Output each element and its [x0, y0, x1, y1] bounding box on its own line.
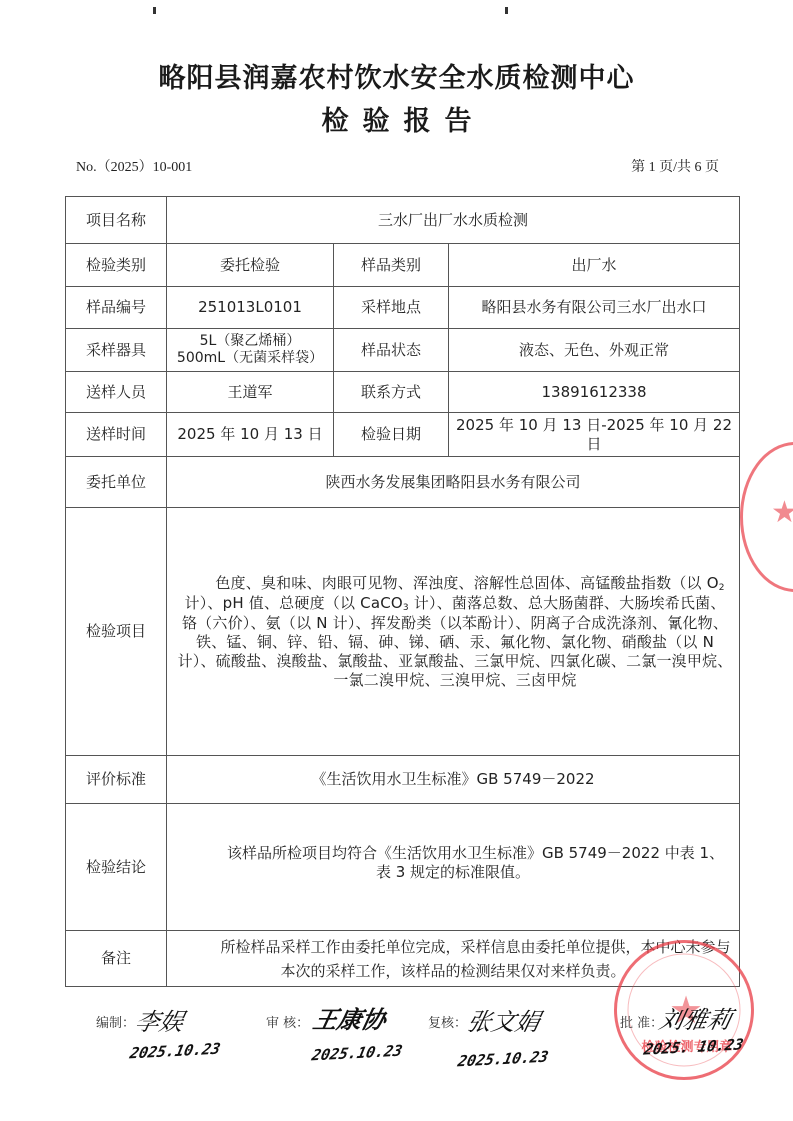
label-conclusion: 检验结论: [66, 804, 167, 931]
label-send-time: 送样时间: [66, 413, 167, 457]
items-text-2: 计）、pH 值、总硬度（以 CaCO: [185, 594, 403, 612]
value-sampling-site: 略阳县水务有限公司三水厂出水口: [449, 287, 740, 329]
label-sample-type: 样品类别: [334, 244, 449, 287]
table-row: 评价标准 《生活饮用水卫生标准》GB 5749－2022: [66, 756, 740, 804]
rechecker-signature: 张文娟: [464, 1002, 543, 1037]
value-project-name: 三水厂出厂水水质检测: [167, 197, 740, 244]
label-sample-no: 样品编号: [66, 287, 167, 329]
value-inspection-type: 委托检验: [167, 244, 334, 287]
label-sample-state: 样品状态: [334, 329, 449, 372]
value-sample-no: 251013L0101: [167, 287, 334, 329]
page-info: 第 1 页/共 6 页: [631, 156, 719, 176]
document-title: 检验报告: [0, 99, 793, 138]
table-row: 委托单位 陕西水务发展集团略阳县水务有限公司: [66, 457, 740, 508]
seal-stamp-partial: ★: [740, 442, 793, 592]
table-row: 样品编号 251013L0101 采样地点 略阳县水务有限公司三水厂出水口: [66, 287, 740, 329]
compiler-signature: 李娱: [132, 1002, 187, 1037]
table-row: 检验类别 委托检验 样品类别 出厂水: [66, 244, 740, 287]
items-text-1: 色度、臭和味、肉眼可见物、浑浊度、溶解性总固体、高锰酸盐指数（以 O: [215, 574, 718, 592]
value-sample-type: 出厂水: [449, 244, 740, 287]
label-items: 检验项目: [66, 508, 167, 756]
label-contact: 联系方式: [334, 372, 449, 413]
value-standard: 《生活饮用水卫生标准》GB 5749－2022: [167, 756, 740, 804]
compiler-date: 2025.10.23: [128, 1040, 222, 1063]
rechecker-label: 复核：: [428, 1012, 467, 1031]
items-sub-1: 2: [719, 583, 725, 593]
scan-mark: [505, 7, 508, 14]
value-contact: 13891612338: [449, 372, 740, 413]
label-inspection-type: 检验类别: [66, 244, 167, 287]
organization-title: 略阳县润嘉农村饮水安全水质检测中心: [0, 56, 793, 95]
star-icon: ★: [771, 495, 793, 530]
value-inspection-date: 2025 年 10 月 13 日-2025 年 10 月 22 日: [449, 413, 740, 457]
value-client: 陕西水务发展集团略阳县水务有限公司: [167, 457, 740, 508]
value-conclusion: 该样品所检项目均符合《生活饮用水卫生标准》GB 5749－2022 中表 1、表…: [167, 804, 740, 931]
value-items: 色度、臭和味、肉眼可见物、浑浊度、溶解性总固体、高锰酸盐指数（以 O2 计）、p…: [167, 508, 740, 756]
report-table: 项目名称 三水厂出厂水水质检测 检验类别 委托检验 样品类别 出厂水 样品编号 …: [65, 196, 740, 987]
reviewer-date: 2025.10.23: [310, 1042, 404, 1065]
label-client: 委托单位: [66, 457, 167, 508]
value-sender: 王道军: [167, 372, 334, 413]
compiler-label: 编制：: [96, 1012, 135, 1031]
reviewer-signature: 王康协: [310, 1000, 389, 1035]
report-number: No.（2025）10-001: [76, 156, 192, 176]
rechecker-date: 2025.10.23: [456, 1048, 550, 1071]
label-project-name: 项目名称: [66, 197, 167, 244]
table-row: 采样器具 5L（聚乙烯桶） 500mL（无菌采样袋） 样品状态 液态、无色、外观…: [66, 329, 740, 372]
label-inspection-date: 检验日期: [334, 413, 449, 457]
sampling-tool-2: 500mL（无菌采样袋）: [167, 350, 333, 367]
table-row: 项目名称 三水厂出厂水水质检测: [66, 197, 740, 244]
table-row: 送样时间 2025 年 10 月 13 日 检验日期 2025 年 10 月 1…: [66, 413, 740, 457]
label-remarks: 备注: [66, 931, 167, 987]
label-sender: 送样人员: [66, 372, 167, 413]
label-sampling-site: 采样地点: [334, 287, 449, 329]
label-standard: 评价标准: [66, 756, 167, 804]
approver-signature: 刘雅莉: [656, 1000, 735, 1035]
table-row: 检验项目 色度、臭和味、肉眼可见物、浑浊度、溶解性总固体、高锰酸盐指数（以 O2…: [66, 508, 740, 756]
reviewer-label: 审 核：: [266, 1012, 309, 1031]
label-sampling-tools: 采样器具: [66, 329, 167, 372]
value-sample-state: 液态、无色、外观正常: [449, 329, 740, 372]
value-sampling-tools: 5L（聚乙烯桶） 500mL（无菌采样袋）: [167, 329, 334, 372]
scan-mark: [153, 7, 156, 14]
table-row: 检验结论 该样品所检项目均符合《生活饮用水卫生标准》GB 5749－2022 中…: [66, 804, 740, 931]
table-row: 送样人员 王道军 联系方式 13891612338: [66, 372, 740, 413]
sampling-tool-1: 5L（聚乙烯桶）: [167, 333, 333, 350]
value-send-time: 2025 年 10 月 13 日: [167, 413, 334, 457]
